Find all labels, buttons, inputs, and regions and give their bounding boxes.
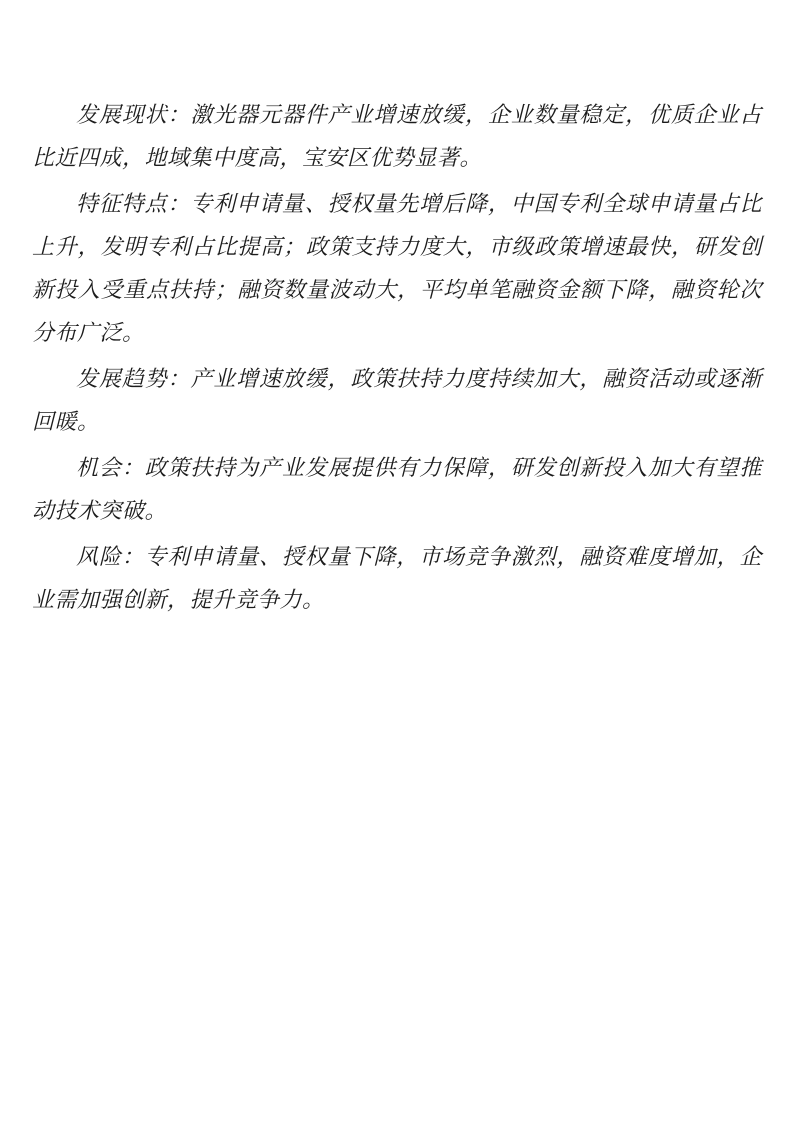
paragraph-characteristics: 特征特点：专利申请量、授权量先增后降，中国专利全球申请量占比上升，发明专利占比提… xyxy=(32,182,762,354)
paragraph-opportunities: 机会：政策扶持为产业发展提供有力保障，研发创新投入加大有望推动技术突破。 xyxy=(32,446,762,532)
document-page: 发展现状：激光器元器件产业增速放缓，企业数量稳定，优质企业占比近四成，地域集中度… xyxy=(0,0,794,1123)
document-body: 发展现状：激光器元器件产业增速放缓，企业数量稳定，优质企业占比近四成，地域集中度… xyxy=(32,93,762,624)
paragraph-development-trend: 发展趋势：产业增速放缓，政策扶持力度持续加大，融资活动或逐渐回暖。 xyxy=(32,357,762,443)
paragraph-risks: 风险：专利申请量、授权量下降，市场竞争激烈，融资难度增加，企业需加强创新，提升竞… xyxy=(32,535,762,621)
paragraph-development-status: 发展现状：激光器元器件产业增速放缓，企业数量稳定，优质企业占比近四成，地域集中度… xyxy=(32,93,762,179)
